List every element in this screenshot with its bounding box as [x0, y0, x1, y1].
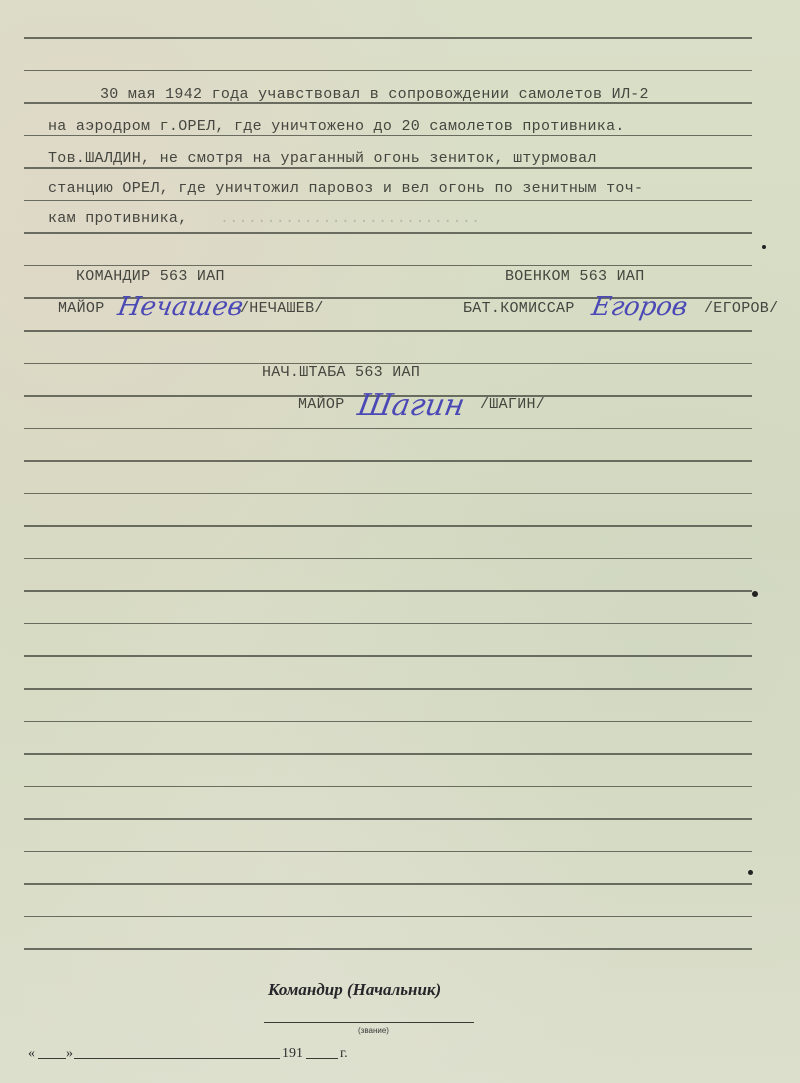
year-prefix: 191	[282, 1046, 303, 1062]
day-blank-line	[38, 1058, 66, 1059]
commissar-rank: БАТ.КОМИССАР	[463, 300, 575, 317]
date-open-quote: «	[28, 1046, 35, 1062]
ruled-line	[24, 948, 752, 950]
chief-of-staff-rank: МАЙОР	[298, 396, 345, 413]
paper-speck	[762, 245, 766, 249]
commander-rank: МАЙОР	[58, 300, 105, 317]
ruled-line	[24, 688, 752, 690]
chief-of-staff-title: НАЧ.ШТАБА 563 ИАП	[262, 364, 420, 381]
rank-caption: (звание)	[358, 1026, 389, 1035]
ruled-line	[24, 916, 752, 918]
ruled-line	[24, 70, 752, 72]
chief-of-staff-name: /ШАГИН/	[480, 396, 545, 413]
commander-title: КОМАНДИР 563 ИАП	[76, 268, 225, 285]
ruled-line	[24, 525, 752, 527]
body-line-2: на аэродром г.ОРЕЛ, где уничтожено до 20…	[48, 118, 625, 135]
commander-form-label: Командир (Начальник)	[268, 980, 441, 1000]
commissar-signature: Егоров	[589, 292, 689, 322]
ruled-line	[24, 37, 752, 39]
rank-blank-line	[264, 1022, 474, 1023]
month-blank-line	[74, 1058, 280, 1059]
ruled-line	[24, 200, 752, 202]
year-blank-line	[306, 1058, 338, 1059]
commander-name: /НЕЧАШЕВ/	[240, 300, 324, 317]
commissar-title: ВОЕНКОМ 563 ИАП	[505, 268, 645, 285]
ruled-line	[24, 655, 752, 657]
chief-of-staff-signature: Шагин	[355, 388, 468, 423]
body-line-3: Тов.ШАЛДИН, не смотря на ураганный огонь…	[48, 150, 597, 167]
ruled-line	[24, 167, 752, 169]
ruled-line	[24, 232, 752, 234]
commissar-name: /ЕГОРОВ/	[704, 300, 778, 317]
ruled-line	[24, 558, 752, 560]
ruled-line	[24, 818, 752, 820]
ruled-line	[24, 460, 752, 462]
ruled-line	[24, 851, 752, 853]
body-line-4: станцию ОРЕЛ, где уничтожил паровоз и ве…	[48, 180, 643, 197]
ruled-line	[24, 428, 752, 430]
ruled-line	[24, 883, 752, 885]
body-line-1: 30 мая 1942 года учавствовал в сопровожд…	[100, 86, 649, 103]
ruled-line	[24, 721, 752, 723]
year-suffix: г.	[340, 1046, 348, 1062]
paper-speck	[748, 870, 753, 875]
ruled-line	[24, 786, 752, 788]
body-faded-text: ............................	[220, 210, 480, 227]
ruled-line	[24, 753, 752, 755]
date-close-quote: »	[66, 1046, 73, 1062]
paper-speck	[752, 591, 758, 597]
ruled-line	[24, 590, 752, 592]
commander-signature: Нечашев	[115, 292, 245, 322]
body-line-5: кам противника,	[48, 210, 188, 227]
ruled-line	[24, 330, 752, 332]
ruled-line	[24, 623, 752, 625]
ruled-line	[24, 493, 752, 495]
ruled-line	[24, 265, 752, 267]
